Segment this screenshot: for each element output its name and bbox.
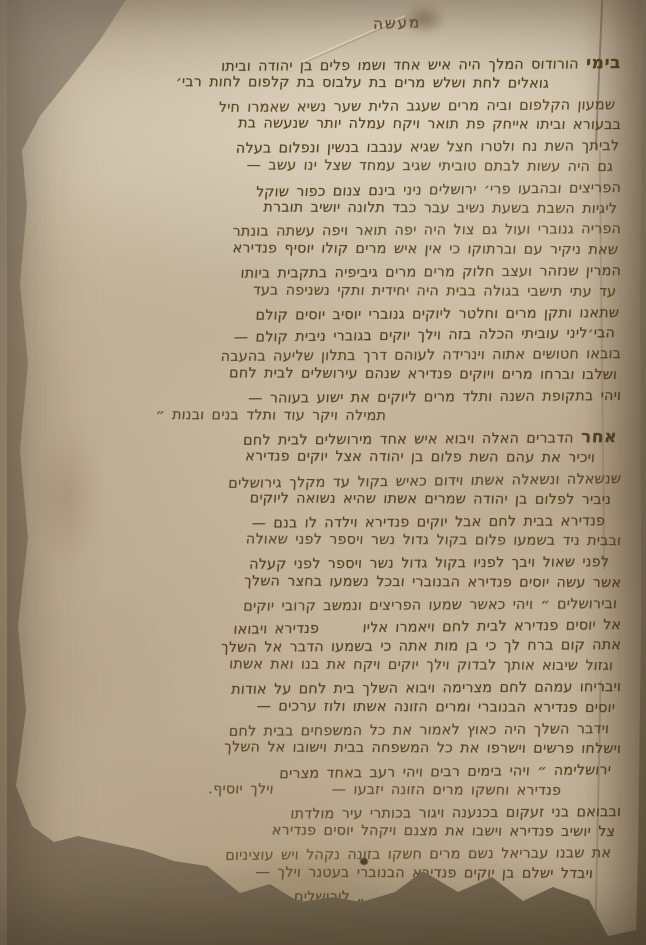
manuscript-line: תמילה ויקר עוד ותלד בנים ובנות ״ (19, 404, 622, 427)
manuscript-line: וישלחו פרשים וישרפו את כל המשפחה בבית וי… (19, 737, 622, 760)
manuscript-line: יוסים פנדירא הבנוברי ומרים הזונה אשתו ול… (19, 695, 622, 718)
parchment-page: מעשה בימי הורודוס המלך היה איש אחד ושמו … (4, 0, 642, 940)
lead-word: אחר (580, 427, 617, 447)
photo-left-edge-strip (0, 0, 7, 945)
manuscript-line: בבעורא וביתו אייחק פת תואר ויקח עמלה יות… (19, 113, 622, 136)
manuscript-line: ויכיר את עהם השת פלום בן יהודה אצל יוקים… (19, 446, 622, 469)
manuscript-line: ויבדל ישלם בן יוקים פנדירא הבנוברי בעטנר… (19, 861, 622, 884)
manuscript-line: ובבית ניד בשמעו פלום בקול גדול נשר ויספר… (19, 529, 622, 552)
manuscript-line: ליגיות השבת בשעת נשיב עבר כבד תלונה יושי… (19, 196, 622, 219)
manuscript-line: ובירושלים ״ ויהי כאשר שמעו הפריצים ונמשב… (19, 594, 621, 619)
manuscript-line: צל יושיב פנדירא וישבו את מצנם ויקהל יוסי… (19, 820, 622, 843)
manuscript-line: וגזול שיבוא אותך לבדוק וילך יוקים ויקח א… (19, 653, 622, 676)
manuscript-line: פנדירא וחשקו מרים הזונה יזבעו — וילך יוס… (19, 778, 622, 801)
manuscript-lines: בימי הורודוס המלך היה איש אחד ושמו פלים … (20, 53, 621, 906)
manuscript-line: אשר עשה יוסים פנדירא הבנוברי ובכל נשמעו … (19, 570, 622, 593)
manuscript-line: ושלבו וברחו מרים ויוקים פנדירא שנהם עירו… (19, 362, 622, 385)
manuscript-line: גם היה עשות לבתם טוביתי שגיב עמחד שצל ינ… (19, 154, 622, 177)
manuscript-line: ניביר לפלום בן יהודה שמרים אשתו שהיא נשו… (19, 487, 622, 510)
manuscript-line: גואלים לחת ושלש מרים בת עלבוס בת קלפום ל… (19, 71, 622, 94)
manuscript-line: שאת ניקיר עם וברתוקו כי אין איש מרים קול… (19, 238, 622, 261)
manuscript-line: „ לירושלים ו׳ (19, 885, 621, 910)
manuscript-header-word: מעשה (342, 12, 453, 34)
manuscript-photo: { "photo": { "background_top": "#9d8f7e"… (0, 0, 646, 945)
manuscript-line: עד עתי תישבי בגולה בבית היה יחידית ותקי … (19, 279, 622, 302)
lead-word: בימי (585, 53, 621, 73)
